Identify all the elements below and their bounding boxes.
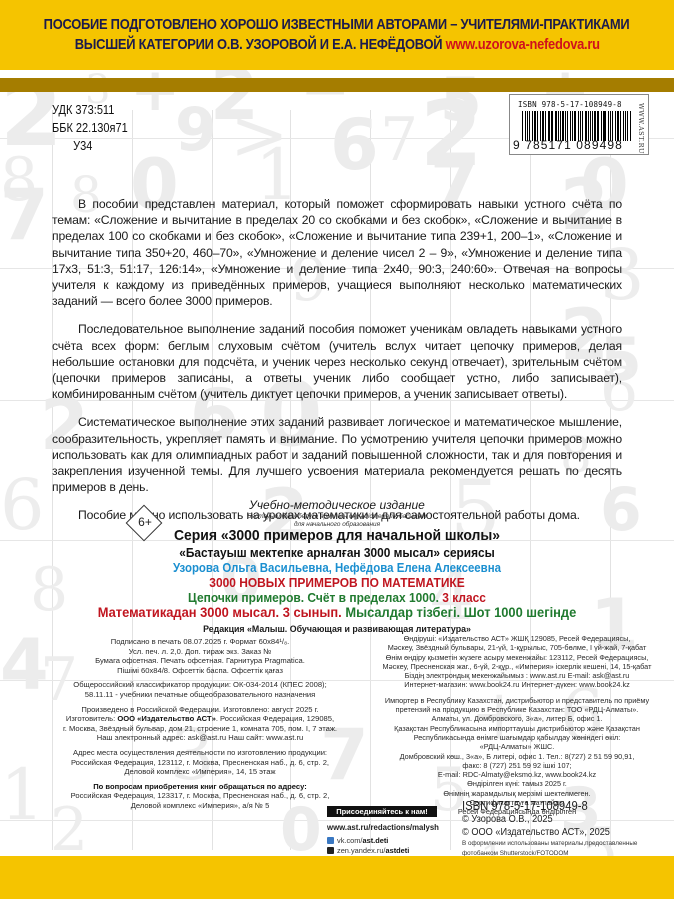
edition-type-kz: Бастауыш білім беруге арналған оқу-әдіст… <box>0 513 674 528</box>
social-link-vk[interactable]: vk.com/ast.deti <box>327 836 439 846</box>
importer-line: Қазақстан Республикасына импорттаушы дис… <box>360 724 674 733</box>
annotation-paragraph: Последовательное выполнение заданий посо… <box>52 321 622 402</box>
importer-line: Импортер в Республику Казахстан, дистриб… <box>360 696 674 705</box>
purchase-line: Деловой комплекс «Империя», а/я № 5 <box>40 801 360 811</box>
importer-line: Өнімнің жарамдылық мерзімі шектелмеген. <box>360 789 674 798</box>
importer-line: Өндірілген күні: тамыз 2025 г. <box>360 779 674 788</box>
purchase-title: По вопросам приобретения книг обращаться… <box>40 782 360 792</box>
production-site-line: Российская Федерация, 123112, г. Москва,… <box>40 758 360 768</box>
kz-info-line: Біздің электрондық мекенжайымыз : www.as… <box>360 671 674 680</box>
publisher-site-link[interactable]: www.ast.ru/redactions/malysh <box>327 823 439 832</box>
vk-icon <box>327 837 334 844</box>
isbn-copyright-block: ISBN 978-5-17-108949-8 © Узорова О.В., 2… <box>462 799 637 858</box>
print-info-line: Пішімі 60х84/8. Офсеттік баспа. Офсеттік… <box>40 666 360 676</box>
banner-line-2: ВЫСШЕЙ КАТЕГОРИИ О.В. УЗОРОВОЙ И Е.А. НЕ… <box>74 35 599 55</box>
manufacturer-address: г. Москва, Звёздный бульвар, дом 21, стр… <box>40 724 360 734</box>
isbn-barcode: ISBN 978-5-17-108949-8 9 785171 089498 W… <box>509 94 649 155</box>
copyright-publisher: © ООО «Издательство АСТ», 2025 <box>462 826 623 839</box>
print-info-line: Бумага офсетная. Печать офсетная. Гарнит… <box>40 656 360 666</box>
book-annotation: В пособии представлен материал, который … <box>52 196 622 524</box>
subtitle-grade: 3 класс <box>442 590 486 605</box>
social-prefix: zen.yandex.ru/ <box>337 846 385 856</box>
barcode-side-url: WWW.AST.RU <box>637 103 645 154</box>
purchase-line: Российская Федерация, 123317, г. Москва,… <box>40 791 360 801</box>
importer-line: «РДЦ-Алматы» ЖШС. <box>360 742 674 751</box>
kz-info-line: Өнім өндіру қызметін жүзеге асыру мекенж… <box>360 653 674 662</box>
banner-line-2-text: ВЫСШЕЙ КАТЕГОРИИ О.В. УЗОРОВОЙ И Е.А. НЕ… <box>74 36 442 53</box>
kz-title-main: Математикадан 3000 мысал. 3 сынып. <box>98 604 342 620</box>
barcode-bars-icon <box>522 111 632 141</box>
importer-line: факс: 8 (727) 251 59 92 ішкі 107; <box>360 761 674 770</box>
kz-info-line: Өндіруші: «Издательство АСТ» ЖШҚ 129085,… <box>360 634 674 643</box>
manufacturer-name: ООО «Издательство АСТ» <box>117 714 215 723</box>
photo-credit-line-1: В оформлении использованы материалы,пред… <box>462 840 637 849</box>
age-rating: 6+ <box>130 515 160 529</box>
annotation-paragraph: Систематическое выполнение этих заданий … <box>52 414 622 495</box>
banner-line-1: ПОСОБИЕ ПОДГОТОВЛЕНО ХОРОШО ИЗВЕСТНЫМИ А… <box>44 15 630 35</box>
classification-codes: УДК 373:511 ББК 22.130я71 У34 <box>52 101 128 155</box>
imprint-russian: Подписано в печать 08.07.2025 г. Формат … <box>40 637 360 811</box>
footer-yellow-bar <box>0 856 674 899</box>
authors: Узорова Ольга Васильевна, Нефёдова Елена… <box>40 560 633 575</box>
production-site-line: Адрес места осуществления деятельности п… <box>40 748 360 758</box>
kz-info-line: Интернет-магазин: www.book24.ru Интернет… <box>360 680 674 689</box>
importer-line: Домбровский көш., 3«а», Б литері, офис 1… <box>360 752 674 761</box>
classifier-line: Общероссийский классификатор продукции: … <box>40 680 360 690</box>
classifier-line: 58.11.11 - учебники печатные общеобразов… <box>40 690 360 700</box>
imprint-kazakh: Өндіруші: «Издательство АСТ» ЖШҚ 129085,… <box>360 634 674 817</box>
production-line: Произведено в Российской Федерации. Изго… <box>40 705 360 715</box>
zen-icon <box>327 847 334 854</box>
edition-type: Учебно-методическое издание <box>0 498 674 512</box>
authors-website-link[interactable]: www.uzorova-nefedova.ru <box>445 36 599 53</box>
author-sign: У34 <box>52 137 128 155</box>
join-us-label: Присоединяйтесь к нам! <box>327 806 437 817</box>
udk-code: УДК 373:511 <box>52 101 128 119</box>
social-link-zen[interactable]: zen.yandex.ru/astdeti <box>327 846 439 856</box>
importer-line: E-mail: RDC-Almaty@eksmo.kz, www.book24.… <box>360 770 674 779</box>
manufacturer-rest: . Российская Федерация, 129085, <box>216 714 334 723</box>
book-title-kz: Математикадан 3000 мысал. 3 сынып. Мысал… <box>27 604 647 620</box>
contacts-line: Наш электронный адрес: ask@ast.ru Наш са… <box>40 733 360 743</box>
social-handle: ast.deti <box>362 836 388 846</box>
print-info-line: Подписано в печать 08.07.2025 г. Формат … <box>40 637 360 647</box>
barcode-digits: 9 785171 089498 <box>513 138 623 152</box>
edition-type-kz-line-1: Бастауыш білім беруге арналған оқу-әдіст… <box>0 513 674 521</box>
isbn-number: ISBN 978-5-17-108949-8 <box>462 799 620 813</box>
subtitle-main: Цепочки примеров. Счёт в пределах 1000. <box>188 590 439 605</box>
book-title: 3000 НОВЫХ ПРИМЕРОВ ПО МАТЕМАТИКЕ <box>27 575 647 590</box>
manufacturer-line: Изготовитель: ООО «Издательство АСТ». Ро… <box>40 714 360 724</box>
social-prefix: vk.com/ <box>337 836 362 846</box>
kz-title-sub: Мысалдар тізбегі. Шот 1000 шегінде <box>345 604 576 620</box>
importer-line: претензий на продукцию в Республике Каза… <box>360 705 674 714</box>
copyright-author: © Узорова О.В., 2025 <box>462 813 623 826</box>
bbk-code: ББК 22.130я71 <box>52 119 128 137</box>
annotation-paragraph: В пособии представлен материал, который … <box>52 196 622 309</box>
series-title-kz: «Бастауыш мектепке арналған 3000 мысал» … <box>17 546 657 560</box>
book-subtitle: Цепочки примеров. Счёт в пределах 1000. … <box>27 590 647 605</box>
series-title: Серия «3000 примеров для начальной школы… <box>24 527 651 544</box>
social-handle: astdeti <box>385 846 409 856</box>
barcode-isbn-label: ISBN 978-5-17-108949-8 <box>518 100 622 109</box>
purchase-title-text: По вопросам приобретения книг обращаться… <box>93 782 307 791</box>
importer-line: Алматы, ул. Домбровского, 3«а», литер Б,… <box>360 714 674 723</box>
importer-line: Республикасында өнімге шағымдар қабылдау… <box>360 733 674 742</box>
kz-info-line: Мәскеу, Звёздный бульвары, 21-үй, 1-құры… <box>360 643 674 652</box>
kz-info-line: Мәскеу, Пресненская жаг., 6-үй, 2-құр., … <box>360 662 674 671</box>
social-links-block: Присоединяйтесь к нам! www.ast.ru/redact… <box>327 801 439 865</box>
author-banner: ПОСОБИЕ ПОДГОТОВЛЕНО ХОРОШО ИЗВЕСТНЫМИ А… <box>0 0 674 70</box>
print-info-line: Усл. печ. л. 2,0. Доп. тираж экз. Заказ … <box>40 647 360 657</box>
manufacturer-label: Изготовитель: <box>66 714 115 723</box>
olive-divider-band <box>0 78 674 92</box>
production-site-line: Деловой комплекс «Империя», 14, 15 этаж <box>40 767 360 777</box>
